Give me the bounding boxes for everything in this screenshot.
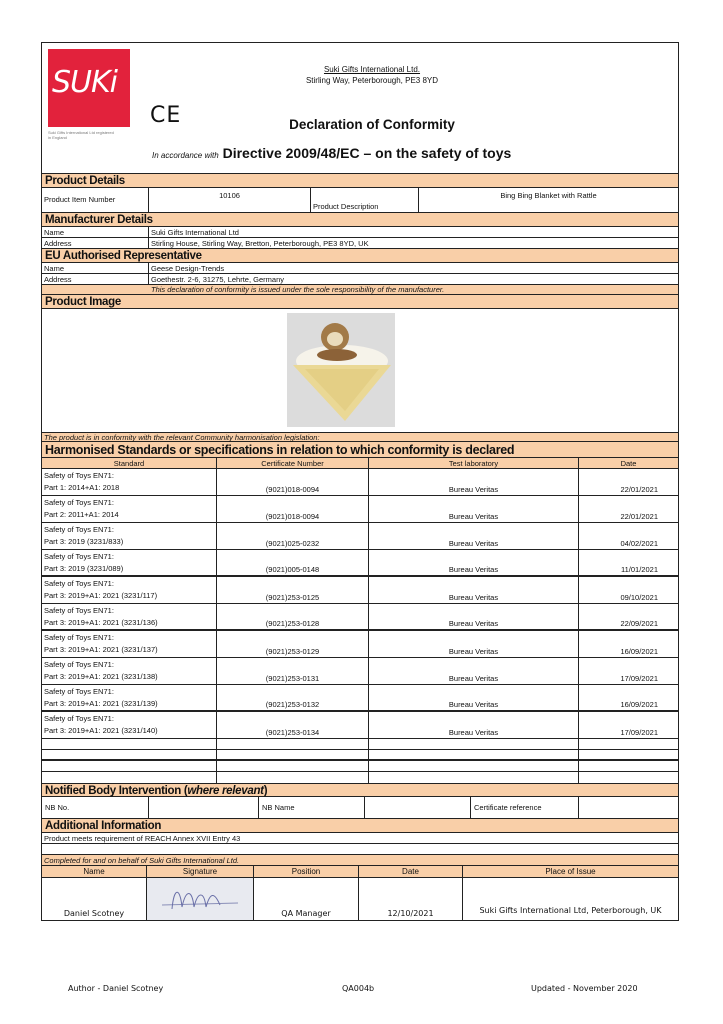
- standard-line-1: Safety of Toys EN71:: [44, 713, 214, 725]
- notified-body-title: Notified Body Intervention (: [45, 785, 187, 797]
- col-place-of-issue: Place of Issue: [463, 866, 678, 877]
- manufacturer-address-row: Address Stirling House, Stirling Way, Br…: [42, 238, 678, 249]
- conformity-note: The product is in conformity with the re…: [42, 433, 678, 442]
- description-value: Bing Bing Blanket with Rattle: [419, 188, 678, 212]
- table-row: Safety of Toys EN71:Part 3: 2019+A1: 202…: [42, 658, 678, 685]
- test-laboratory-cell: Bureau Veritas: [369, 469, 579, 495]
- company-name: Suki Gifts International Ltd.: [262, 64, 482, 75]
- empty-cell: [579, 750, 678, 759]
- standard-cell: Safety of Toys EN71:Part 2: 2011+A1: 201…: [42, 496, 217, 522]
- certificate-number-cell: (9021)253-0134: [217, 712, 369, 738]
- table-row: Safety of Toys EN71:Part 3: 2019+A1: 202…: [42, 604, 678, 631]
- section-additional-info: Additional Information: [42, 819, 678, 833]
- eu-rep-name-value: Geese Design-Trends: [149, 263, 678, 273]
- date-cell: 22/09/2021: [579, 604, 678, 629]
- standard-cell: Safety of Toys EN71:Part 3: 2019+A1: 202…: [42, 631, 217, 657]
- certificate-number-cell: (9021)005-0148: [217, 550, 369, 575]
- additional-info-line-1: Product meets requirement of REACH Annex…: [42, 833, 678, 844]
- manufacturer-name-row: Name Suki Gifts International Ltd: [42, 227, 678, 238]
- col-name: Name: [42, 866, 147, 877]
- company-block: Suki Gifts International Ltd. Stirling W…: [262, 64, 482, 86]
- table-row-empty: [42, 750, 678, 761]
- certificate-number-cell: (9021)253-0125: [217, 577, 369, 603]
- standard-line-2: Part 3: 2019+A1: 2021 (3231/140): [44, 725, 214, 737]
- standard-line-1: Safety of Toys EN71:: [44, 659, 214, 671]
- test-laboratory-cell: Bureau Veritas: [369, 523, 579, 549]
- certificate-number-cell: (9021)253-0129: [217, 631, 369, 657]
- standard-line-2: Part 2: 2011+A1: 2014: [44, 509, 214, 521]
- standard-line-2: Part 3: 2019+A1: 2021 (3231/136): [44, 617, 214, 629]
- footer-updated: Updated - November 2020: [531, 984, 638, 993]
- standard-line-2: Part 3: 2019+A1: 2021 (3231/139): [44, 698, 214, 710]
- table-row: Safety of Toys EN71:Part 3: 2019+A1: 202…: [42, 631, 678, 658]
- date-cell: 17/09/2021: [579, 658, 678, 684]
- test-laboratory-cell: Bureau Veritas: [369, 496, 579, 522]
- col-position: Position: [254, 866, 359, 877]
- standard-line-2: Part 3: 2019+A1: 2021 (3231/117): [44, 590, 214, 602]
- footer-author: Author - Daniel Scotney: [68, 984, 163, 993]
- test-laboratory-cell: Bureau Veritas: [369, 712, 579, 738]
- empty-cell: [369, 739, 579, 749]
- signoff-header: Name Signature Position Date Place of Is…: [42, 866, 678, 878]
- test-laboratory-cell: Bureau Veritas: [369, 685, 579, 710]
- table-row: Safety of Toys EN71:Part 1: 2014+A1: 201…: [42, 469, 678, 496]
- date-cell: 16/09/2021: [579, 685, 678, 710]
- ce-mark-icon: CE: [150, 103, 181, 128]
- standard-line-2: Part 3: 2019+A1: 2021 (3231/138): [44, 671, 214, 683]
- test-laboratory-cell: Bureau Veritas: [369, 577, 579, 603]
- directive-text: Directive 2009/48/EC – on the safety of …: [223, 145, 512, 161]
- manufacturer-name-value: Suki Gifts International Ltd: [149, 227, 678, 237]
- standard-line-1: Safety of Toys EN71:: [44, 497, 214, 509]
- section-standards: Harmonised Standards or specifications i…: [42, 442, 678, 458]
- standard-cell: Safety of Toys EN71:Part 3: 2019+A1: 202…: [42, 604, 217, 629]
- product-image: [287, 313, 395, 427]
- standard-line-2: Part 3: 2019+A1: 2021 (3231/137): [44, 644, 214, 656]
- standard-line-1: Safety of Toys EN71:: [44, 605, 214, 617]
- document-header: SUKi Suki Gifts International Ltd regist…: [42, 43, 678, 174]
- declaration-document: SUKi Suki Gifts International Ltd regist…: [41, 42, 679, 921]
- standard-cell: Safety of Toys EN71:Part 3: 2019+A1: 202…: [42, 658, 217, 684]
- notified-body-row: NB No. NB Name Certificate reference: [42, 797, 678, 819]
- standards-table-body: Safety of Toys EN71:Part 1: 2014+A1: 201…: [42, 469, 678, 783]
- col-date: Date: [359, 866, 463, 877]
- date-cell: 22/01/2021: [579, 469, 678, 495]
- certificate-number-cell: (9021)018-0094: [217, 496, 369, 522]
- col-signature: Signature: [147, 866, 254, 877]
- additional-info-line-2: [42, 844, 678, 855]
- table-row-empty: [42, 772, 678, 783]
- certificate-number-cell: (9021)025-0232: [217, 523, 369, 549]
- standard-line-1: Safety of Toys EN71:: [44, 470, 214, 482]
- standard-cell: Safety of Toys EN71:Part 3: 2019 (3231/0…: [42, 550, 217, 575]
- empty-cell: [42, 750, 217, 759]
- table-row: Safety of Toys EN71:Part 3: 2019 (3231/0…: [42, 550, 678, 577]
- empty-cell: [579, 739, 678, 749]
- cert-ref-value: [579, 797, 678, 818]
- empty-cell: [369, 761, 579, 771]
- manufacturer-name-label: Name: [42, 227, 149, 237]
- empty-cell: [369, 772, 579, 783]
- signoff-note: Completed for and on behalf of Suki Gift…: [42, 855, 678, 866]
- nb-name-label: NB Name: [259, 797, 365, 818]
- description-label: Product Description: [311, 188, 419, 212]
- signature-image: [147, 878, 254, 920]
- col-standard: Standard: [42, 458, 217, 468]
- empty-cell: [579, 772, 678, 783]
- date-cell: 17/09/2021: [579, 712, 678, 738]
- empty-cell: [217, 772, 369, 783]
- logo-subtext: Suki Gifts International Ltd registered …: [48, 130, 118, 140]
- suki-logo: SUKi: [48, 49, 130, 127]
- empty-cell: [369, 750, 579, 759]
- directive-line: In accordance with Directive 2009/48/EC …: [152, 145, 622, 161]
- footer-doc-code: QA004b: [342, 984, 374, 993]
- signoff-row: Daniel Scotney QA Manager 12/10/2021 Suk…: [42, 878, 678, 920]
- place-of-issue: Suki Gifts International Ltd, Peterborou…: [463, 878, 678, 920]
- standard-line-1: Safety of Toys EN71:: [44, 686, 214, 698]
- page-title: Declaration of Conformity: [262, 117, 482, 132]
- section-product-image: Product Image: [42, 295, 678, 309]
- eu-rep-name-row: Name Geese Design-Trends: [42, 263, 678, 274]
- table-row: Safety of Toys EN71:Part 3: 2019+A1: 202…: [42, 712, 678, 739]
- product-image-area: [42, 309, 678, 433]
- standard-line-1: Safety of Toys EN71:: [44, 632, 214, 644]
- signoff-date: 12/10/2021: [359, 878, 463, 920]
- test-laboratory-cell: Bureau Veritas: [369, 631, 579, 657]
- standard-line-1: Safety of Toys EN71:: [44, 524, 214, 536]
- table-row: Safety of Toys EN71:Part 3: 2019+A1: 202…: [42, 685, 678, 712]
- standards-header: Standard Certificate Number Test laborat…: [42, 458, 678, 469]
- product-row: Product Item Number 10106 Product Descri…: [42, 188, 678, 213]
- signatory-position: QA Manager: [254, 878, 359, 920]
- empty-cell: [579, 761, 678, 771]
- certificate-number-cell: (9021)253-0131: [217, 658, 369, 684]
- item-number-value: 10106: [149, 188, 311, 212]
- certificate-number-cell: (9021)018-0094: [217, 469, 369, 495]
- table-row-empty: [42, 761, 678, 772]
- col-date: Date: [579, 458, 678, 468]
- table-row: Safety of Toys EN71:Part 2: 2011+A1: 201…: [42, 496, 678, 523]
- standard-line-2: Part 1: 2014+A1: 2018: [44, 482, 214, 494]
- standard-cell: Safety of Toys EN71:Part 3: 2019+A1: 202…: [42, 685, 217, 710]
- responsibility-note: This declaration of conformity is issued…: [42, 285, 678, 295]
- empty-cell: [42, 761, 217, 771]
- table-row: Safety of Toys EN71:Part 3: 2019 (3231/8…: [42, 523, 678, 550]
- date-cell: 04/02/2021: [579, 523, 678, 549]
- item-number-label: Product Item Number: [42, 188, 149, 212]
- eu-rep-address-row: Address Goethestr. 2-6, 31275, Lehrte, G…: [42, 274, 678, 285]
- logo-text: SUKi: [52, 65, 117, 100]
- nb-no-label: NB No.: [42, 797, 149, 818]
- notified-body-title-end: ): [264, 785, 268, 797]
- standard-line-2: Part 3: 2019 (3231/833): [44, 536, 214, 548]
- date-cell: 22/01/2021: [579, 496, 678, 522]
- date-cell: 16/09/2021: [579, 631, 678, 657]
- cert-ref-label: Certificate reference: [471, 797, 579, 818]
- section-eu-representative: EU Authorised Representative: [42, 249, 678, 263]
- table-row-empty: [42, 739, 678, 750]
- col-test-laboratory: Test laboratory: [369, 458, 579, 468]
- certificate-number-cell: (9021)253-0132: [217, 685, 369, 710]
- empty-cell: [217, 739, 369, 749]
- standard-cell: Safety of Toys EN71:Part 1: 2014+A1: 201…: [42, 469, 217, 495]
- signatory-name: Daniel Scotney: [42, 878, 147, 920]
- date-cell: 11/01/2021: [579, 550, 678, 575]
- notified-body-title-italic: where relevant: [187, 785, 263, 797]
- nb-no-value: [149, 797, 259, 818]
- table-row: Safety of Toys EN71:Part 3: 2019+A1: 202…: [42, 577, 678, 604]
- standard-line-2: Part 3: 2019 (3231/089): [44, 563, 214, 575]
- manufacturer-address-value: Stirling House, Stirling Way, Bretton, P…: [149, 238, 678, 248]
- certificate-number-cell: (9021)253-0128: [217, 604, 369, 629]
- standard-line-1: Safety of Toys EN71:: [44, 551, 214, 563]
- test-laboratory-cell: Bureau Veritas: [369, 604, 579, 629]
- nb-name-value: [365, 797, 471, 818]
- company-address: Stirling Way, Peterborough, PE3 8YD: [262, 75, 482, 86]
- standard-cell: Safety of Toys EN71:Part 3: 2019+A1: 202…: [42, 577, 217, 603]
- eu-rep-address-label: Address: [42, 274, 149, 284]
- section-product-details: Product Details: [42, 174, 678, 188]
- test-laboratory-cell: Bureau Veritas: [369, 550, 579, 575]
- eu-rep-address-value: Goethestr. 2-6, 31275, Lehrte, Germany: [149, 274, 678, 284]
- section-notified-body: Notified Body Intervention (where releva…: [42, 783, 678, 797]
- empty-cell: [217, 761, 369, 771]
- standard-cell: Safety of Toys EN71:Part 3: 2019 (3231/8…: [42, 523, 217, 549]
- empty-cell: [42, 739, 217, 749]
- section-manufacturer: Manufacturer Details: [42, 213, 678, 227]
- empty-cell: [217, 750, 369, 759]
- eu-rep-name-label: Name: [42, 263, 149, 273]
- manufacturer-address-label: Address: [42, 238, 149, 248]
- date-cell: 09/10/2021: [579, 577, 678, 603]
- empty-cell: [42, 772, 217, 783]
- directive-prefix: In accordance with: [152, 151, 219, 160]
- standard-cell: Safety of Toys EN71:Part 3: 2019+A1: 202…: [42, 712, 217, 738]
- col-certificate-number: Certificate Number: [217, 458, 369, 468]
- standard-line-1: Safety of Toys EN71:: [44, 578, 214, 590]
- test-laboratory-cell: Bureau Veritas: [369, 658, 579, 684]
